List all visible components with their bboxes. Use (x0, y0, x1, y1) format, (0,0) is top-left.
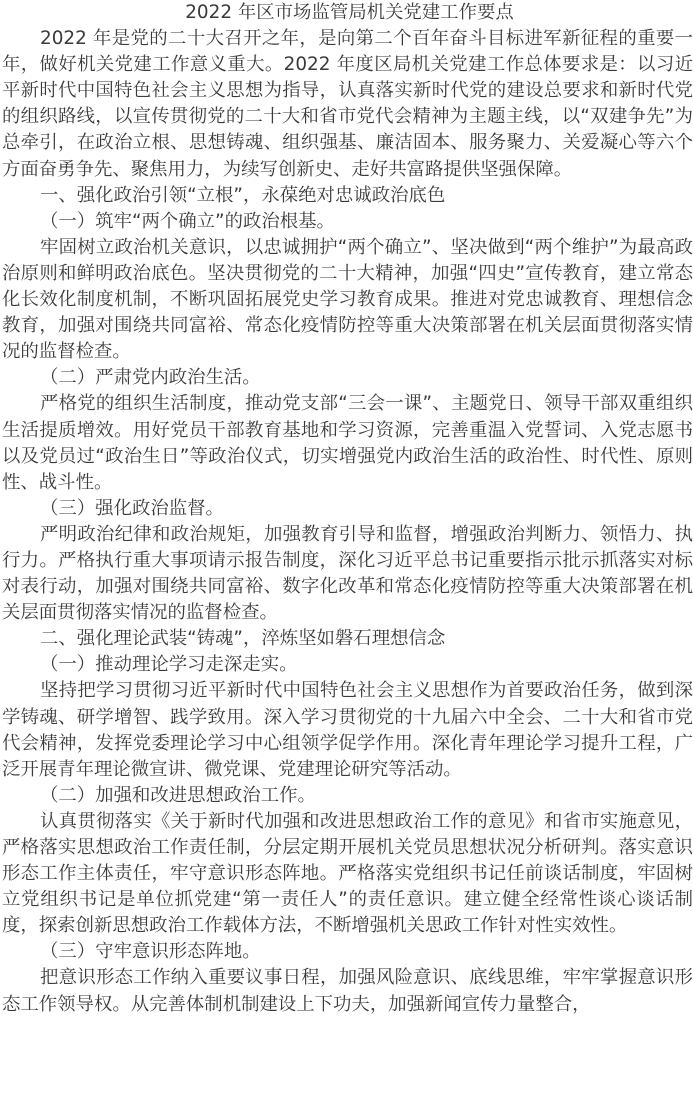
paragraph-1-2: 严格党的组织生活制度，推动党支部“三会一课”、主题党日、领导干部双重组织生活提质… (2, 391, 693, 495)
subsection-heading-2-1: （一）推动理论学习走深走实。 (2, 652, 693, 678)
document-page: 2022 年区市场监管局机关党建工作要点 2022 年是党的二十大召开之年，是向… (2, 0, 693, 1018)
subsection-heading-1-3: （三）强化政治监督。 (2, 496, 693, 522)
section-heading-2: 二、强化理论武装“铸魂”，淬炼坚如磐石理想信念 (2, 626, 693, 652)
paragraph-2-3: 把意识形态工作纳入重要议事日程，加强风险意识、底线思维，牢牢掌握意识形态工作领导… (2, 965, 693, 1017)
paragraph-1-1: 牢固树立政治机关意识，以忠诚拥护“两个确立”、坚决做到“两个维护”为最高政治原则… (2, 235, 693, 365)
subsection-heading-2-3: （三）守牢意识形态阵地。 (2, 939, 693, 965)
document-title: 2022 年区市场监管局机关党建工作要点 (2, 0, 693, 26)
section-heading-1: 一、强化政治引领“立根”，永葆绝对忠诚政治底色 (2, 183, 693, 209)
subsection-heading-1-2: （二）严肃党内政治生活。 (2, 365, 693, 391)
paragraph-intro: 2022 年是党的二十大召开之年，是向第二个百年奋斗目标进军新征程的重要一年，做… (2, 26, 693, 183)
subsection-heading-1-1: （一）筑牢“两个确立”的政治根基。 (2, 209, 693, 235)
subsection-heading-2-2: （二）加强和改进思想政治工作。 (2, 783, 693, 809)
paragraph-1-3: 严明政治纪律和政治规矩，加强教育引导和监督，增强政治判断力、领悟力、执行力。严格… (2, 522, 693, 626)
paragraph-2-2: 认真贯彻落实《关于新时代加强和改进思想政治工作的意见》和省市实施意见，严格落实思… (2, 809, 693, 939)
paragraph-2-1: 坚持把学习贯彻习近平新时代中国特色社会主义思想作为首要政治任务，做到深学铸魂、研… (2, 678, 693, 782)
